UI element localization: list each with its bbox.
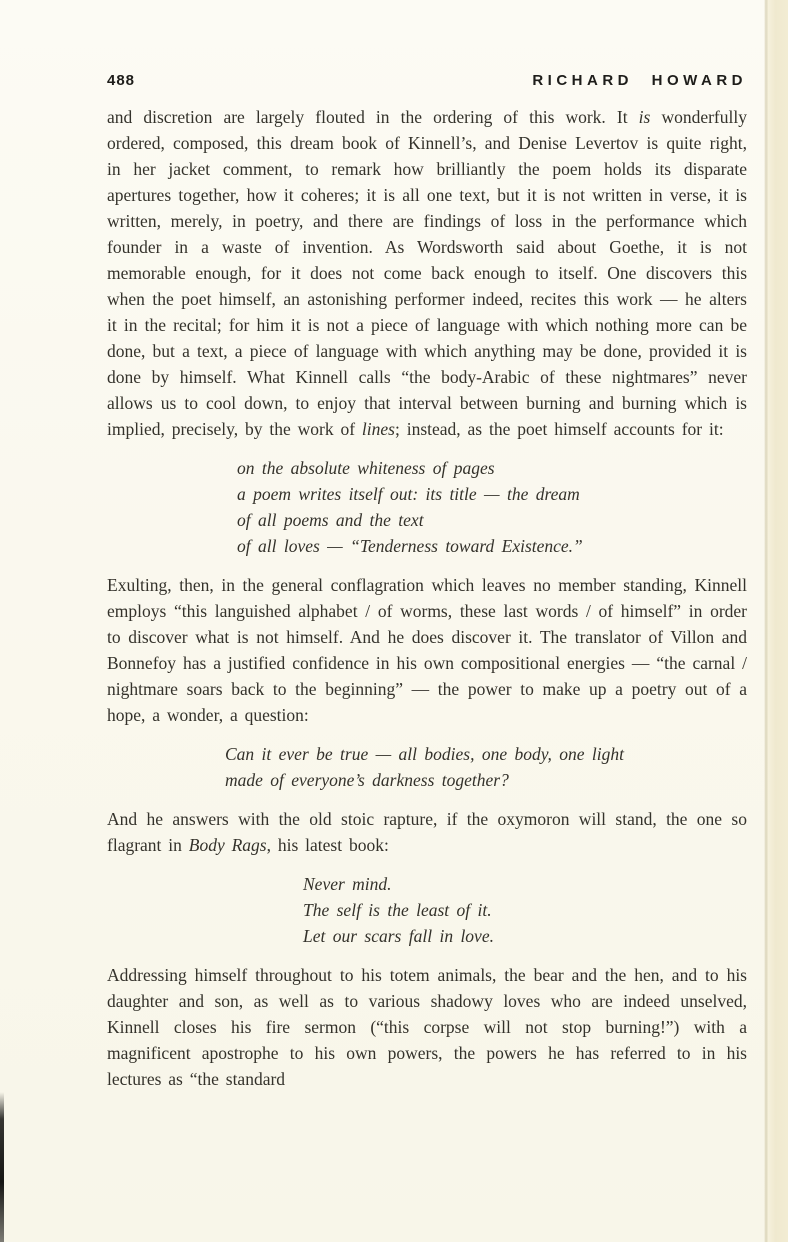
verse-quote: Never mind.The self is the least of it.L… bbox=[303, 871, 747, 949]
italic-text: lines bbox=[362, 419, 395, 439]
scanned-book-page: 488 RICHARD HOWARD and discretion are la… bbox=[0, 0, 788, 1242]
verse-line: Let our scars fall in love. bbox=[303, 923, 747, 949]
running-header: 488 RICHARD HOWARD bbox=[107, 72, 747, 89]
running-head-author: RICHARD HOWARD bbox=[532, 72, 747, 89]
verse-quote: on the absolute whiteness of pagesa poem… bbox=[237, 455, 747, 559]
body-paragraph: Addressing himself throughout to his tot… bbox=[107, 962, 747, 1092]
italic-text: Body Rags bbox=[189, 835, 267, 855]
scan-dark-edge-bottom-left bbox=[0, 1092, 4, 1242]
italic-text: is bbox=[639, 107, 651, 127]
verse-line: Never mind. bbox=[303, 871, 747, 897]
verse-line: a poem writes itself out: its title — th… bbox=[237, 481, 747, 507]
prose-text: and discretion are largely flouted in th… bbox=[107, 107, 639, 127]
page-right-crease-line bbox=[764, 0, 768, 1242]
verse-line: of all poems and the text bbox=[237, 507, 747, 533]
verse-quote: Can it ever be true — all bodies, one bo… bbox=[225, 741, 747, 793]
verse-line: of all loves — “Tenderness toward Existe… bbox=[237, 533, 747, 559]
page-body: and discretion are largely flouted in th… bbox=[107, 104, 747, 1092]
verse-line: Can it ever be true — all bodies, one bo… bbox=[225, 741, 747, 767]
prose-text: wonderfully ordered, composed, this drea… bbox=[107, 107, 747, 439]
prose-text: Exulting, then, in the general conflagra… bbox=[107, 575, 747, 725]
verse-line: on the absolute whiteness of pages bbox=[237, 455, 747, 481]
verse-line: made of everyone’s darkness together? bbox=[225, 767, 747, 793]
page-number: 488 bbox=[107, 72, 135, 89]
body-paragraph: and discretion are largely flouted in th… bbox=[107, 104, 747, 442]
body-paragraph: And he answers with the old stoic raptur… bbox=[107, 806, 747, 858]
body-paragraph: Exulting, then, in the general conflagra… bbox=[107, 572, 747, 728]
page-right-edge-shading bbox=[767, 0, 788, 1242]
prose-text: , his latest book: bbox=[267, 835, 389, 855]
prose-text: ; instead, as the poet himself accounts … bbox=[395, 419, 724, 439]
prose-text: Addressing himself throughout to his tot… bbox=[107, 965, 747, 1089]
verse-line: The self is the least of it. bbox=[303, 897, 747, 923]
